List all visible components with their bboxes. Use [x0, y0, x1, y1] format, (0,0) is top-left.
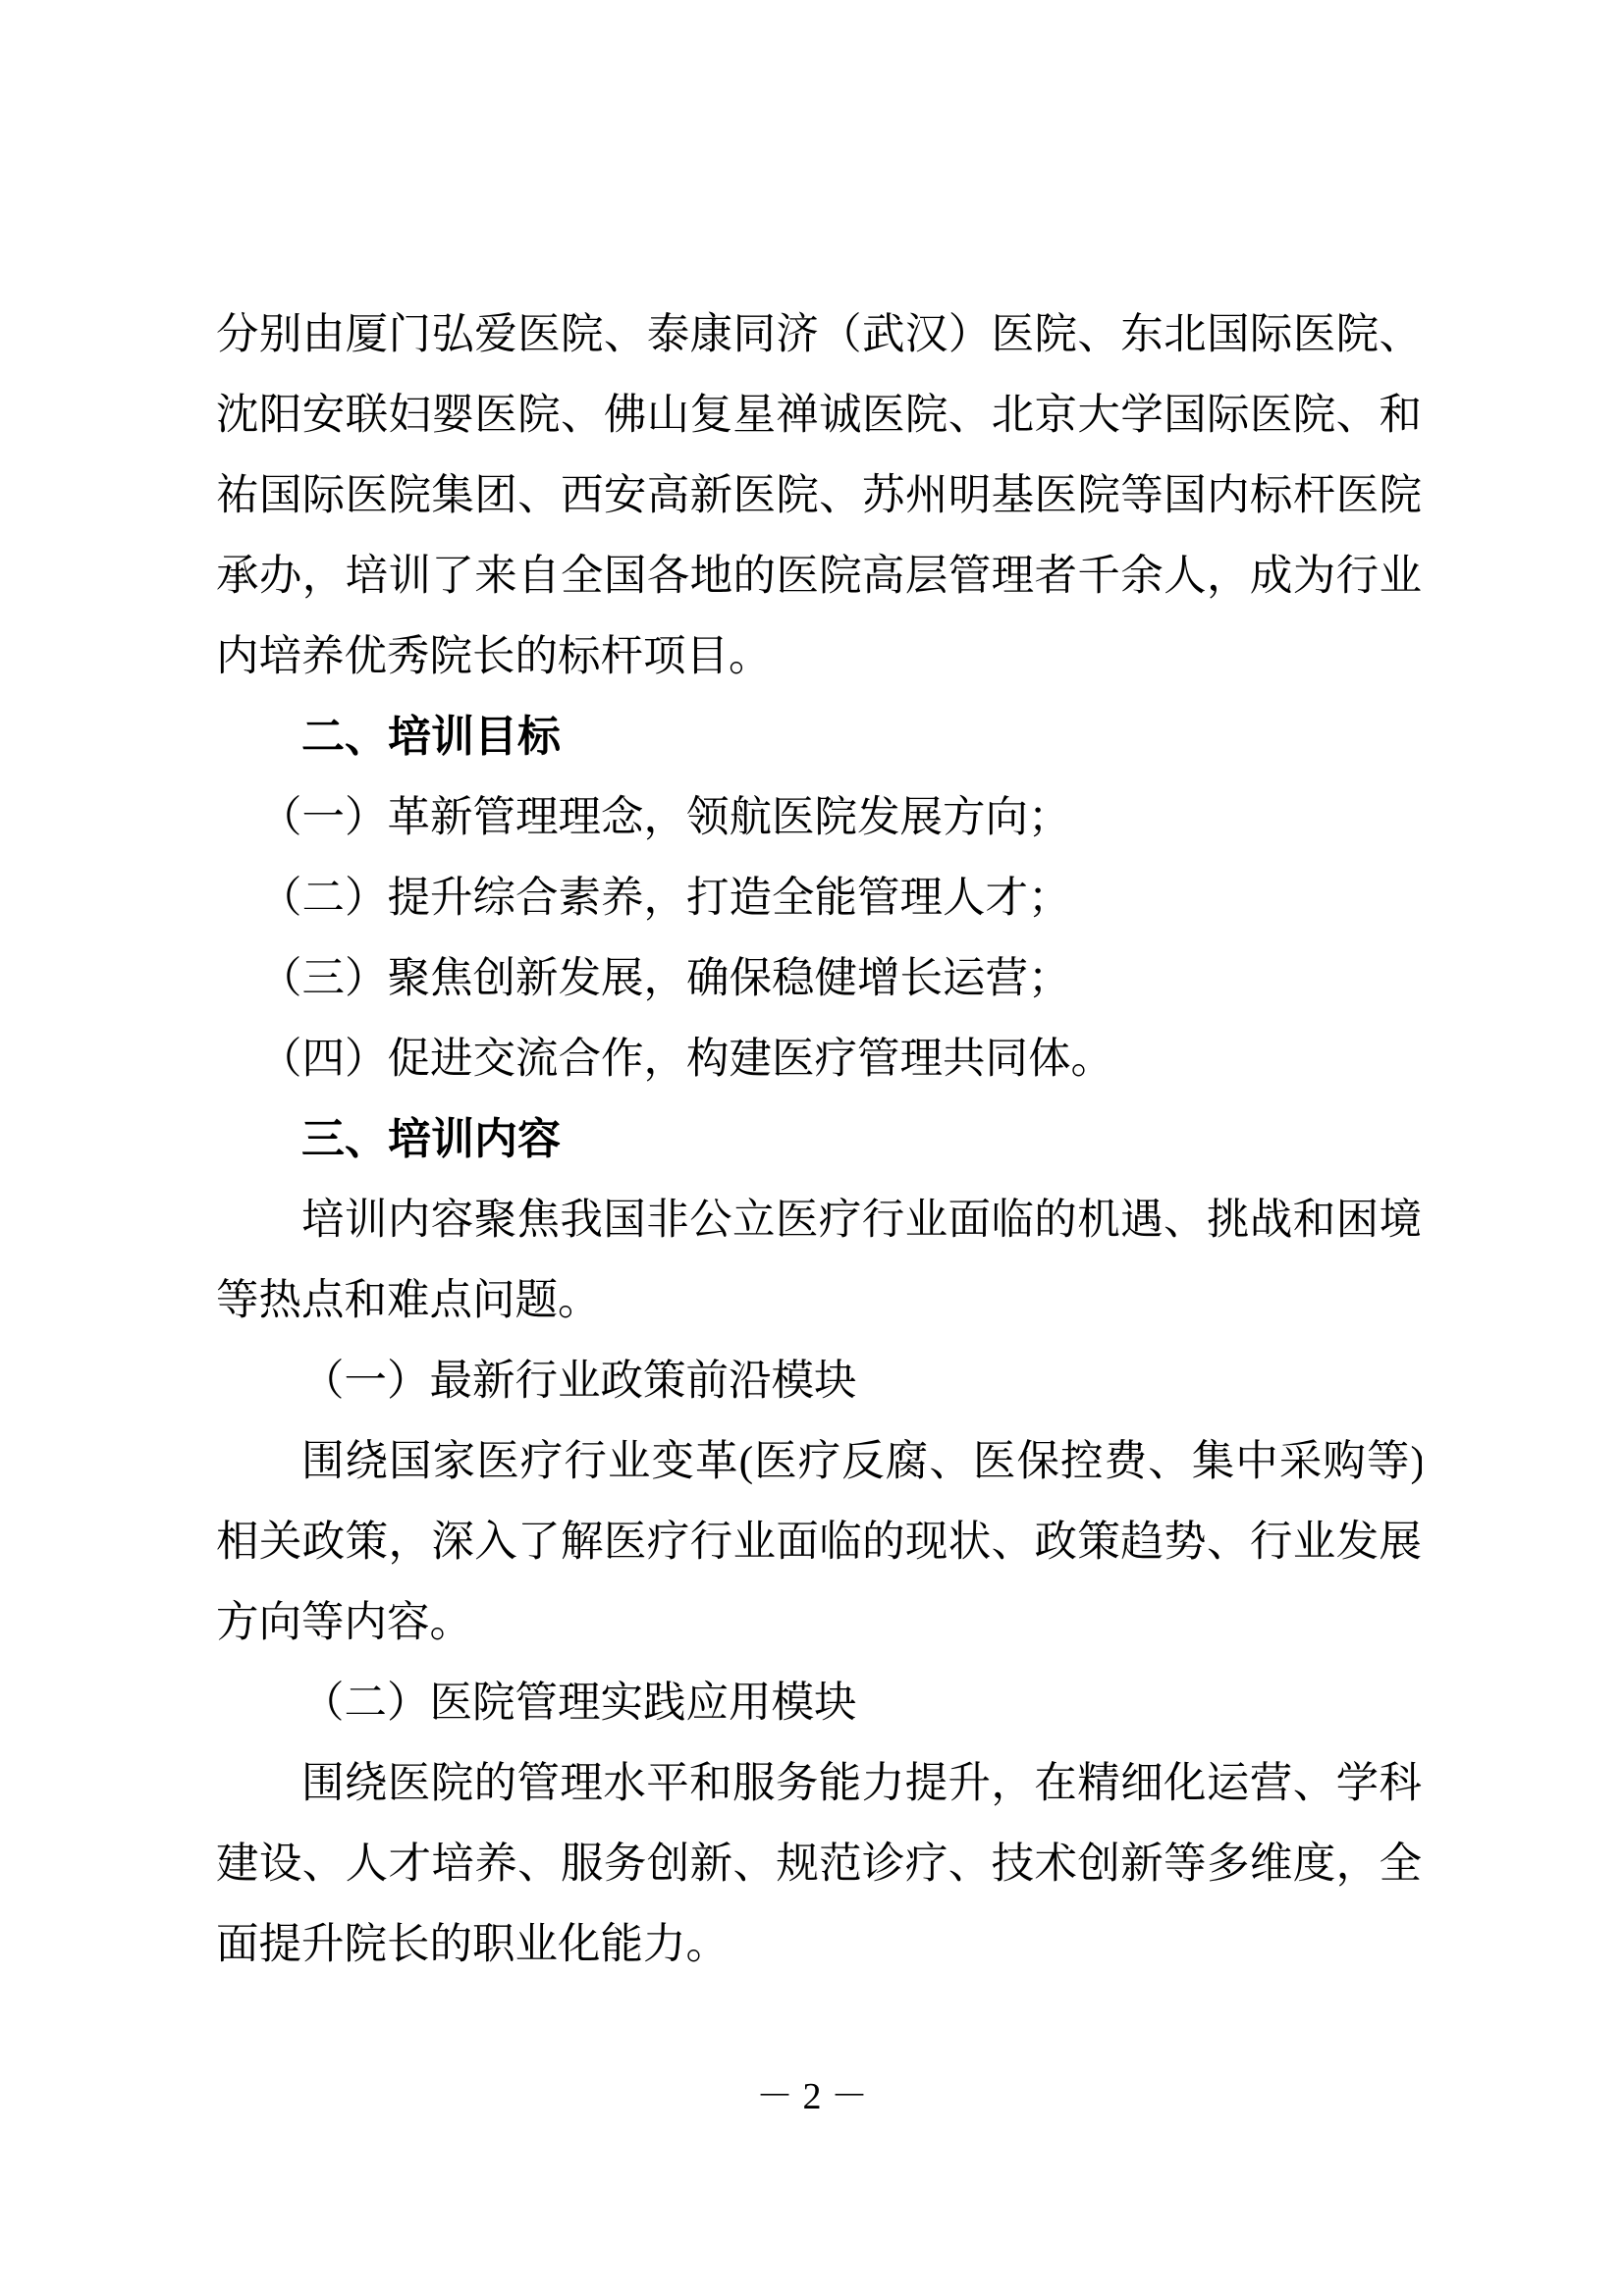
document-line: 方向等内容。 — [216, 1582, 1422, 1663]
document-line: （四）促进交流合作，构建医疗管理共同体。 — [216, 1019, 1422, 1099]
document-line: 祐国际医院集团、西安高新医院、苏州明基医院等国内标杆医院 — [216, 455, 1422, 536]
document-line: 围绕国家医疗行业变革(医疗反腐、医保控费、集中采购等) — [216, 1421, 1422, 1502]
document-line: 内培养优秀院长的标杆项目。 — [216, 616, 1422, 697]
document-line: 培训内容聚焦我国非公立医疗行业面临的机遇、挑战和困境 — [216, 1180, 1422, 1260]
document-line: 等热点和难点问题。 — [216, 1260, 1422, 1341]
document-line: （二）医院管理实践应用模块 — [216, 1663, 1422, 1743]
document-line: （一）最新行业政策前沿模块 — [216, 1341, 1422, 1421]
page-number: － 2 － — [0, 2073, 1624, 2120]
document-body: 分别由厦门弘爱医院、泰康同济（武汉）医院、东北国际医院、沈阳安联妇婴医院、佛山复… — [216, 294, 1422, 1985]
document-line: 承办，培训了来自全国各地的医院高层管理者千余人，成为行业 — [216, 536, 1422, 616]
document-line: 二、培训目标 — [216, 697, 1422, 777]
document-line: 围绕医院的管理水平和服务能力提升，在精细化运营、学科 — [216, 1743, 1422, 1824]
document-line: 建设、人才培养、服务创新、规范诊疗、技术创新等多维度，全 — [216, 1824, 1422, 1904]
document-line: 相关政策，深入了解医疗行业面临的现状、政策趋势、行业发展 — [216, 1502, 1422, 1582]
document-line: （一）革新管理理念，领航医院发展方向； — [216, 777, 1422, 858]
document-page: 分别由厦门弘爱医院、泰康同济（武汉）医院、东北国际医院、沈阳安联妇婴医院、佛山复… — [0, 0, 1624, 2296]
document-line: （二）提升综合素养，打造全能管理人才； — [216, 858, 1422, 938]
document-line: 沈阳安联妇婴医院、佛山复星禅诚医院、北京大学国际医院、和 — [216, 375, 1422, 455]
document-line: （三）聚焦创新发展，确保稳健增长运营； — [216, 938, 1422, 1019]
document-line: 三、培训内容 — [216, 1099, 1422, 1180]
document-line: 面提升院长的职业化能力。 — [216, 1904, 1422, 1985]
document-line: 分别由厦门弘爱医院、泰康同济（武汉）医院、东北国际医院、 — [216, 294, 1422, 375]
